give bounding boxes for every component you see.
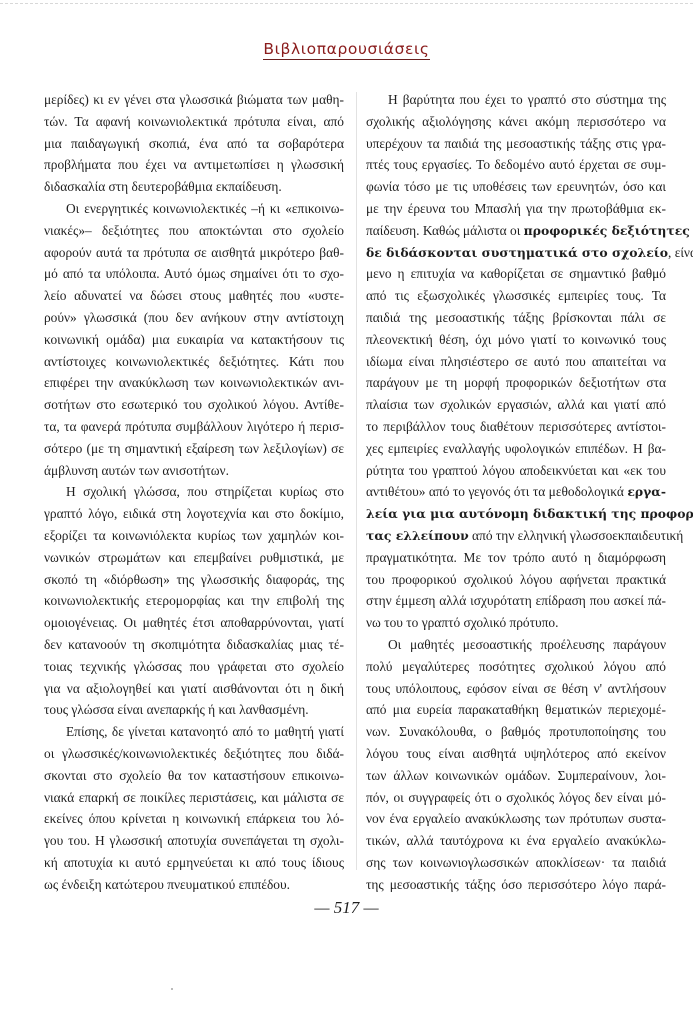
text-line: νωνικών στρωμάτων και επεμβαίνει ρυθμιστ… xyxy=(44,547,344,569)
text-line: τα, τα φανερά πρότυπα συμβάλλουν λιγότερ… xyxy=(44,416,344,438)
text-line: υπερέχουν τα παιδιά της μεσοαστικής τάξη… xyxy=(366,133,666,155)
text-line: του προφορικού σχολικού λόγου αφήνεται π… xyxy=(366,569,666,591)
text-line: πολύ μεγαλύτερες ποσότητες σχολικού λόγο… xyxy=(366,656,666,678)
text-line: σκοπό τη «διόρθωση» της γλωσσικής διαφορ… xyxy=(44,569,344,591)
text-line: κή αποτυχία κι αυτό ερμηνεύεται κι από τ… xyxy=(44,852,344,874)
bold-emphasis: εργα- xyxy=(627,484,666,499)
text-line: σοτήτων στο εσωτερικό του σχολικού λόγου… xyxy=(44,394,344,416)
text-line: για να αξιολογηθεί και γιατί αισθάνονται… xyxy=(44,678,344,700)
text-line: μενο η επιτυχία να καθορίζεται σε σημαντ… xyxy=(366,263,666,285)
text-line: από τις εξωσχολικές γλωσσικές εμπειρίες … xyxy=(366,285,666,307)
text-run: , είναι επό- xyxy=(668,245,693,260)
paragraph-start: Η σχολική γλώσσα, που στηρίζεται κυρίως … xyxy=(44,481,344,503)
text-line: από μια ευρεία παρακαταθήκη θεματικών πε… xyxy=(366,699,666,721)
bold-emphasis: λεία για μια αυτόνομη διδακτική της προφ… xyxy=(366,506,693,521)
text-line: νιακά επαρκή σε ποικίλες περιστάσεις, κα… xyxy=(44,787,344,809)
text-line: μερίδες) κι εν γένει στα γλωσσικά βιώματ… xyxy=(44,89,344,111)
text-line: στην έμμεση αλλά ισχυρότατη επίδραση που… xyxy=(366,590,666,612)
paragraph-start: Η βαρύτητα που έχει το γραπτό στο σύστημ… xyxy=(366,89,666,111)
text-line: παιδιά της μεσοαστικής τάξης βρίσκονται … xyxy=(366,307,666,329)
text-line: νω του το γραπτό σχολικό πρότυπο. xyxy=(366,612,666,634)
text-run: παίδευση. Καθώς μάλιστα οι xyxy=(366,223,524,238)
text-line: κοινωνική ομάδα) μια ευκαιρία να κατακτή… xyxy=(44,329,344,351)
text-line: ιδίωμα είναι πλησιέστερο σε αυτό που απα… xyxy=(366,351,666,373)
text-line: αφορούν αυτά τα πρότυπα σε αισθητά μικρό… xyxy=(44,242,344,264)
text-line-with-emphasis: δε διδάσκονται συστηματικά στο σχολείο, … xyxy=(366,242,666,264)
text-line: μια παιδαγωγική σκοπιά, ένα από τα σοβαρ… xyxy=(44,133,344,155)
text-line: αντίστοιχες κοινωνιολεκτικές δεξιότητες.… xyxy=(44,351,344,373)
text-line: παράγουν με τη μορφή προφορικών δεξιοτήτ… xyxy=(366,372,666,394)
text-line: τοιας τεχνικής γλώσσας που γράφεται στο … xyxy=(44,656,344,678)
text-line-with-emphasis: τας ελλείπουν από την ελληνική γλωσσοεκπ… xyxy=(366,525,666,547)
text-line: μό από τα υπόλοιπα. Αυτό όμως σημαίνει ό… xyxy=(44,263,344,285)
page-number: — 517 — xyxy=(0,898,693,918)
bold-emphasis: δε διδάσκονται συστηματικά στο σχολείο xyxy=(366,245,668,260)
text-line: ρούν» γλωσσικά (που δεν ανήκουν στην αντ… xyxy=(44,307,344,329)
text-line: σης των κοινωνιογλωσσικών αποκλίσεων· τα… xyxy=(366,852,666,874)
text-line: σότερο (με τη σημαντική εξαίρεση των λεξ… xyxy=(44,438,344,460)
text-line: πλαίσια των σχολικών εργασιών, αλλά και … xyxy=(366,394,666,416)
text-line: ρύτητα του γραπτού λόγου αποδεικνύεται κ… xyxy=(366,460,666,482)
bold-emphasis: τας ελλείπουν xyxy=(366,528,469,543)
text-line: πόν, οι συγγραφείς ότι ο σχολικός λόγος … xyxy=(366,787,666,809)
text-line: σκονται στο σχολείο θα τον καταστήσουν ε… xyxy=(44,765,344,787)
text-line: χες εμπειρίες εναλλαγής υφολογικών επιπέ… xyxy=(366,438,666,460)
column-divider xyxy=(356,92,357,870)
text-line: σχολικής αξιολόγησης κάνει ακόμη περισσό… xyxy=(366,111,666,133)
text-run: από την ελληνική γλωσσοεκπαιδευτική xyxy=(469,528,684,543)
text-line: νων. Συνακόλουθα, ο βαθμός προτυποποίηση… xyxy=(366,721,666,743)
scan-artifact xyxy=(171,988,173,990)
text-line: της μεσοαστικής τάξης όσο περισσότερο λό… xyxy=(366,874,666,896)
text-line: ως ένδειξη κατώτερου πνευματικού επιπέδο… xyxy=(44,874,344,896)
text-line: φωνία τόσο με τις υποθέσεις των ερευνητώ… xyxy=(366,176,666,198)
text-line: πλεονεκτική θέση, όχι μόνο γιατί το κοιν… xyxy=(366,329,666,351)
left-column: μερίδες) κι εν γένει στα γλωσσικά βιώματ… xyxy=(44,89,344,895)
text-line: οι γλωσσικές/κοινωνιολεκτικές δεξιότητες… xyxy=(44,743,344,765)
text-line: δεν κατανοούν τη σκοπιμότητα διδασκαλίας… xyxy=(44,634,344,656)
text-line: ομοιογένειας. Οι μαθητές έτσι αποθαρρύνο… xyxy=(44,612,344,634)
text-line: άμβλυνση αυτών των ανισοτήτων. xyxy=(44,460,344,482)
text-line: τους υπόλοιπους, εφόσον είναι σε θέση ν'… xyxy=(366,678,666,700)
text-line: κοινωνιολεκτικής ετερομορφίας και την επ… xyxy=(44,590,344,612)
text-line: πραγματικότητα. Με τον τρόπο αυτό η διαμ… xyxy=(366,547,666,569)
text-line: τικών, αλλά ταυτόχρονα κι ένα εργαλείο α… xyxy=(366,830,666,852)
text-line-with-emphasis: αντιθέτου» από το γεγονός ότι τα μεθοδολ… xyxy=(366,481,666,503)
right-column: Η βαρύτητα που έχει το γραπτό στο σύστημ… xyxy=(366,89,666,895)
paragraph-start: Οι μαθητές μεσοαστικής προέλευσης παράγο… xyxy=(366,634,666,656)
text-line: γραπτό λόγο, ειδικά στη λογοτεχνία και σ… xyxy=(44,503,344,525)
text-line-with-emphasis: παίδευση. Καθώς μάλιστα οι προφορικές δε… xyxy=(366,220,666,242)
text-line: διδασκαλία στη δευτεροβάθμια εκπαίδευση. xyxy=(44,176,344,198)
text-run: αντιθέτου» από το γεγονός ότι τα μεθοδολ… xyxy=(366,484,627,499)
text-line: γου του. Η γλωσσική αποτυχία συνεπάγεται… xyxy=(44,830,344,852)
text-line-with-emphasis: λεία για μια αυτόνομη διδακτική της προφ… xyxy=(366,503,666,525)
text-line: λόγου τους είναι αισθητά υψηλότερος από … xyxy=(366,743,666,765)
scan-edge-rule xyxy=(0,3,693,5)
text-line: εξορίζει τα κοινωνιόλεκτα κυρίως των χαμ… xyxy=(44,525,344,547)
text-line: λείο αδυνατεί να δώσει στους μαθητές που… xyxy=(44,285,344,307)
text-line: με την έρευνα του Μπασλή για την πρωτοβά… xyxy=(366,198,666,220)
text-line: εκείνες όπου κρίνεται η κοινωνική επάρκε… xyxy=(44,808,344,830)
text-line: τών. Τα αφανή κοινωνιολεκτικά πρότυπα εί… xyxy=(44,111,344,133)
paragraph-start: Οι ενεργητικές κοινωνιολεκτικές –ή κι «ε… xyxy=(44,198,344,220)
paragraph-start: Επίσης, δε γίνεται κατανοητό από το μαθη… xyxy=(44,721,344,743)
text-line: προβλήματα που έχει να αντιμετωπίσει η γ… xyxy=(44,154,344,176)
text-line: νιακές»– δεξιότητες που αποκτώνται στο σ… xyxy=(44,220,344,242)
section-title: Βιβλιοπαρουσιάσεις xyxy=(263,40,429,60)
text-line: των άλλων κοινωνικών ομάδων. Συμπεραίνου… xyxy=(366,765,666,787)
text-line: το περιβάλλον τους διαθέτουν περισσότερε… xyxy=(366,416,666,438)
running-header: Βιβλιοπαρουσιάσεις xyxy=(0,40,693,60)
bold-emphasis: προφορικές δεξιότητες xyxy=(524,223,690,238)
text-line: νον ένα εργαλείο ανακύκλωσης των πρότυπω… xyxy=(366,808,666,830)
text-line: πτές τους εργασίες. Το δεδομένο αυτό έρχ… xyxy=(366,154,666,176)
text-line: τους γλώσσα είναι ανεπαρκής ή και λανθασ… xyxy=(44,699,344,721)
text-line: επιφέρει την ανακύκλωση των κοινωνιολεκτ… xyxy=(44,372,344,394)
